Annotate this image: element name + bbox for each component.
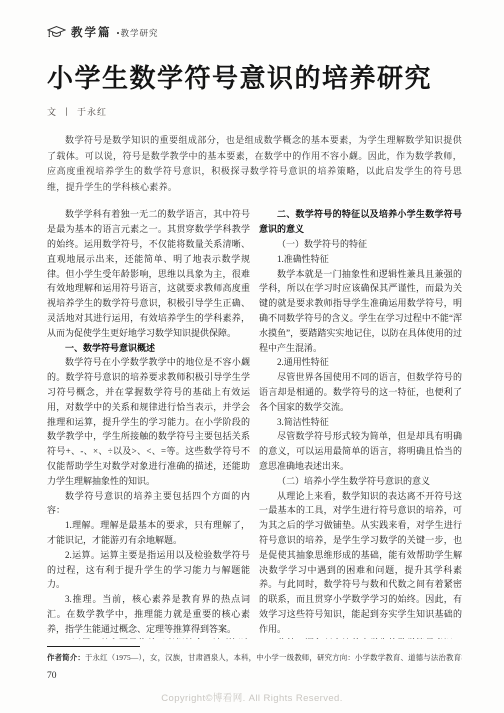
section-heading-1: 一、数学符号意识概述 bbox=[47, 341, 250, 356]
abstract: 数学符号是数学知识的重要组成部分，也是组成数学概念的基本要素，为学生理解数学知识… bbox=[47, 133, 462, 195]
journal-section-label: 教学篇 bbox=[71, 24, 112, 40]
article-title: 小学生数学符号意识的培养研究 bbox=[47, 63, 462, 94]
footnote-divider bbox=[47, 646, 140, 647]
section-heading-2: 二、数学符号的特征以及培养小学生数学符号意识的意义 bbox=[259, 207, 462, 237]
footnote-label: 作者简介： bbox=[47, 653, 85, 662]
list-item-understand: 1.理解。理解是最基本的要求，只有理解了，才能识记，才能游刃有余地解题。 bbox=[47, 518, 250, 548]
graduation-cap-icon bbox=[47, 25, 66, 39]
page-number: 70 bbox=[47, 671, 462, 681]
paragraph: 数学本就是一门抽象性和逻辑性兼具且兼强的学科，所以在学习时应该确保其严谨性，而最… bbox=[259, 267, 462, 356]
list-item-reason: 3.推理。当前，核心素养是教育界的热点词汇。在数学教学中，推理能力就是重要的核心… bbox=[47, 592, 250, 636]
subheading: （一）数学符号的特征 bbox=[259, 237, 462, 252]
right-column: 二、数学符号的特征以及培养小学生数学符号意识的意义 （一）数学符号的特征 1.准… bbox=[259, 207, 462, 639]
subheading: （二）培养小学生数学符号意识的意义 bbox=[259, 474, 462, 489]
paragraph: 尽管数学符号形式较为简单，但是却具有明确的意义，可以运用最简单的语言，将明确且恰… bbox=[259, 429, 462, 473]
byline-author: 于永红 bbox=[77, 105, 107, 118]
article-body: 数学学科有着独一无二的数学语言，其中符号是最为基本的语言元素之一。其贯穿数学学科… bbox=[47, 207, 462, 639]
author-bio-footnote: 作者简介：于永红（1975—），女，汉族，甘肃酒泉人，本科，中小学一级教师，研究… bbox=[47, 652, 462, 663]
copyright-watermark: Copyright©博看网. All Rights Reserved. bbox=[0, 690, 504, 704]
left-column: 数学学科有着独一无二的数学语言，其中符号是最为基本的语言元素之一。其贯穿数学学科… bbox=[47, 207, 250, 639]
subheading: 1.准确性特征 bbox=[259, 252, 462, 267]
footnote-text: 于永红（1975—），女，汉族，甘肃酒泉人，本科，中小学一级教师，研究方向：小学… bbox=[85, 653, 462, 662]
list-item-apply: 4.运用。其主要是将前三者相结合，达到解决实际问题的目的。 bbox=[47, 636, 250, 639]
paragraph: 尽管世界各国使用不同的语言，但数学符号的语言却是相通的。数学符号的这一特征，也便… bbox=[259, 370, 462, 414]
byline-prefix: 文 bbox=[47, 105, 57, 118]
list-item-operate: 2.运算。运算主要是指运用以及检验数学符号的过程，这有利于提升学生的学习能力与解… bbox=[47, 548, 250, 592]
paragraph: 数学学科有着独一无二的数学语言，其中符号是最为基本的语言元素之一。其贯穿数学学科… bbox=[47, 207, 250, 340]
subheading: 3.简洁性特征 bbox=[259, 415, 462, 430]
byline: 文 丨 于永红 bbox=[47, 105, 462, 118]
paragraph: 此外，深入研究培养小学生的数学符号意识，可 bbox=[259, 636, 462, 639]
journal-header: 教学篇 •教学研究 bbox=[47, 0, 462, 40]
paragraph: 数学符号在小学数学教学中的地位是不容小觑的。数学符号意识的培养要求教师积极引导学… bbox=[47, 355, 250, 488]
journal-page: 教学篇 •教学研究 小学生数学符号意识的培养研究 文 丨 于永红 数学符号是数学… bbox=[0, 0, 504, 713]
paragraph: 从理论上来看，数学知识的表达离不开符号这一最基本的工具，对学生进行符号意识的培养… bbox=[259, 489, 462, 637]
subheading: 2.通用性特征 bbox=[259, 355, 462, 370]
byline-separator: 丨 bbox=[62, 105, 72, 118]
journal-subsection-label: •教学研究 bbox=[117, 25, 159, 39]
paragraph: 数学符号意识的培养主要包括四个方面的内容： bbox=[47, 489, 250, 519]
